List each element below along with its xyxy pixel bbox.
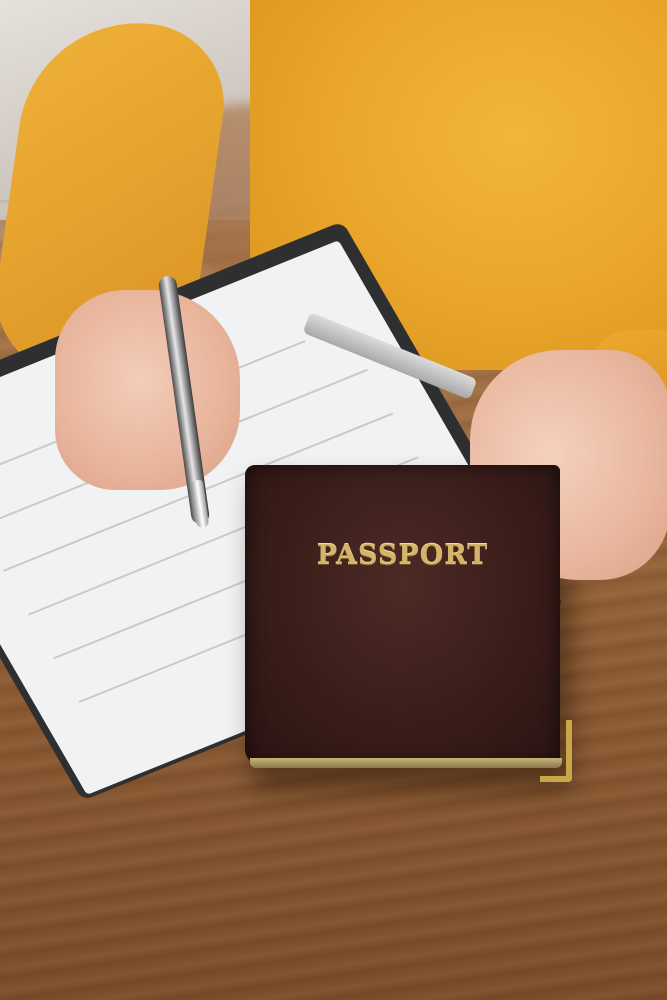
photo-scene: PASSPORT Person in a yellow sweater hold… [0, 0, 667, 1000]
passport-pages [250, 758, 562, 768]
left-hand [55, 290, 240, 490]
passport-cover-text: PASSPORT [245, 540, 560, 571]
passport-gold-corner [540, 720, 572, 782]
passport [245, 465, 560, 765]
